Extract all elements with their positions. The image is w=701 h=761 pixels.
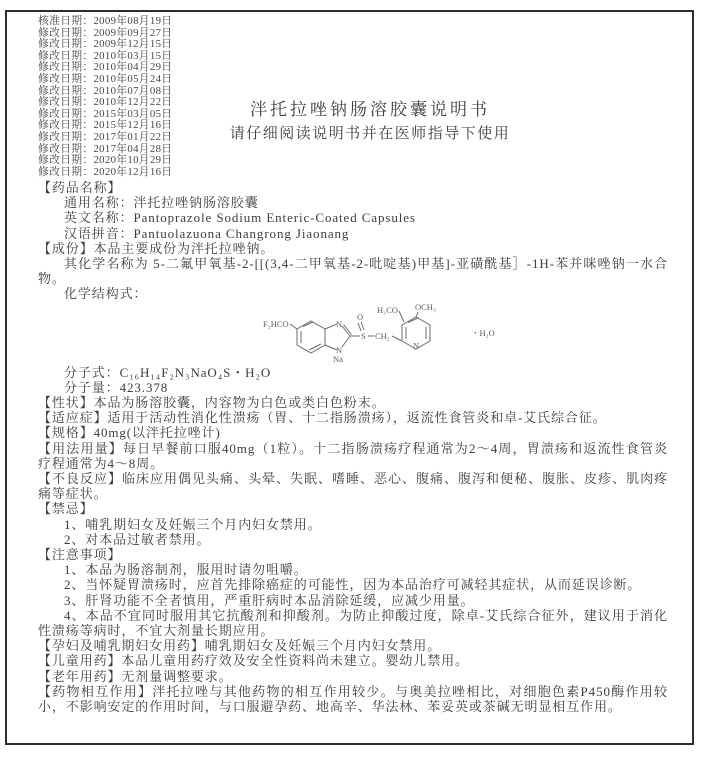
paragraph: 【注意事项】: [38, 547, 668, 562]
paragraph: 化学结构式：: [38, 286, 668, 301]
date-line: 核准日期：2009年08月19日: [38, 16, 172, 28]
paragraph: 1、哺乳期妇女及妊娠三个月内妇女禁用。: [38, 517, 668, 532]
page-subtitle: 请仔细阅读说明书并在医师指导下使用: [160, 123, 580, 145]
label-f2hco: F₂HCO: [263, 319, 289, 329]
pyridine-n-label: N: [413, 340, 419, 350]
paragraph: 【老年用药】无剂量调整要求。: [38, 669, 668, 684]
paragraph: 【适应症】适用于活动性消化性溃疡（胃、十二指肠溃疡），返流性食管炎和卓-艾氏综合…: [38, 410, 668, 425]
paragraph: 分子量：423.378: [38, 380, 668, 395]
paragraph: 【孕妇及哺乳期妇女用药】哺乳期妇女及妊娠三个月内妇女禁用。: [38, 638, 668, 653]
paragraph: 【药物相互作用】泮托拉唑与其他药物的相互作用较少。与奥美拉唑相比，对细胞色素P4…: [38, 684, 668, 714]
paragraph: 【禁忌】: [38, 501, 668, 516]
och3-label: OCH₃: [415, 303, 436, 312]
body-top: 【药品名称】通用名称：泮托拉唑钠肠溶胶囊英文名称：Pantoprazole So…: [38, 180, 668, 302]
paragraph: 其化学名称为 5-二氟甲氧基-2-[[(3,4-二甲氧基-2-吡啶基)甲基]-亚…: [38, 256, 668, 286]
page-title: 泮托拉唑钠肠溶胶囊说明书: [160, 99, 580, 121]
h3co-label: H₃CO: [377, 305, 398, 315]
imidazole-n-top-label: N: [336, 319, 342, 329]
paragraph: 3、肝肾功能不全者慎用，严重肝病时本品消除延缓，应减少用量。: [38, 593, 668, 608]
chemical-structure-row: F₂HCO N N Na S O CH₂: [38, 303, 668, 363]
paragraph: 【不良反应】临床应用偶见头痛、头晕、失眠、嗜睡、恶心、腹痛、腹泻和便秘、腹胀、皮…: [38, 471, 668, 501]
date-line: 修改日期：2010年12月22日: [38, 97, 172, 109]
paragraph: 【药品名称】: [38, 180, 668, 195]
paragraph: 汉语拼音：Pantuolazuona Changrong Jiaonang: [38, 226, 668, 241]
sulfur-label: S: [361, 331, 366, 341]
paragraph: 2、对本品过敏者禁用。: [38, 532, 668, 547]
paragraph: 分子式：C₁₆H₁₄F₂N₃NaO₄S・H₂O: [38, 365, 668, 380]
paragraph: 【性状】本品为肠溶胶囊，内容物为白色或类白色粉末。: [38, 395, 668, 410]
paragraph: 【成份】本品主要成份为泮托拉唑钠。: [38, 241, 668, 256]
paragraph: 【规格】40mg(以泮托拉唑计): [38, 425, 668, 440]
drug-leaflet-page: { "header": { "dates": [ "核准日期：2009年08月1…: [0, 0, 701, 761]
ch2-label: CH₂: [375, 331, 390, 341]
paragraph: 4、本品不宜同时服用其它抗酸剂和抑酸剂。为防止抑酸过度，除卓-艾氏综合征外，建议…: [38, 608, 668, 638]
paragraph: 2、当怀疑胃溃疡时，应首先排除癌症的可能性，因为本品治疗可减轻其症状，从而延误诊…: [38, 577, 668, 592]
paragraph: 【用法用量】每日早餐前口服40mg（1粒）。十二指肠溃疡疗程通常为2～4周，胃溃…: [38, 441, 668, 471]
date-line: 修改日期：2020年12月16日: [38, 167, 172, 179]
date-line: 修改日期：2017年01月22日: [38, 132, 172, 144]
oxygen-label: O: [357, 312, 363, 322]
body-bottom: 分子式：C₁₆H₁₄F₂N₃NaO₄S・H₂O分子量：423.378【性状】本品…: [38, 365, 668, 715]
title-block: 泮托拉唑钠肠溶胶囊说明书 请仔细阅读说明书并在医师指导下使用: [160, 99, 580, 145]
paragraph: 【儿童用药】本品儿童用药疗效及安全性资料尚未建立。婴幼儿禁用。: [38, 653, 668, 668]
sodium-label: Na: [333, 354, 343, 363]
paragraph: 通用名称：泮托拉唑钠肠溶胶囊: [38, 195, 668, 210]
paragraph: 1、本品为肠溶制剂，服用时请勿咀嚼。: [38, 562, 668, 577]
chemical-structure-diagram: F₂HCO N N Na S O CH₂: [263, 303, 503, 363]
document-body: 【药品名称】通用名称：泮托拉唑钠肠溶胶囊英文名称：Pantoprazole So…: [38, 180, 668, 714]
date-line: 修改日期：2010年05月24日: [38, 74, 172, 86]
paragraph: 英文名称：Pantoprazole Sodium Enteric-Coated …: [38, 210, 668, 225]
date-line: 修改日期：2020年10月29日: [38, 155, 172, 167]
revision-dates: 核准日期：2009年08月19日修改日期：2009年09月27日修改日期：200…: [38, 16, 172, 178]
hydrate-label: ・H₂O: [471, 328, 495, 338]
